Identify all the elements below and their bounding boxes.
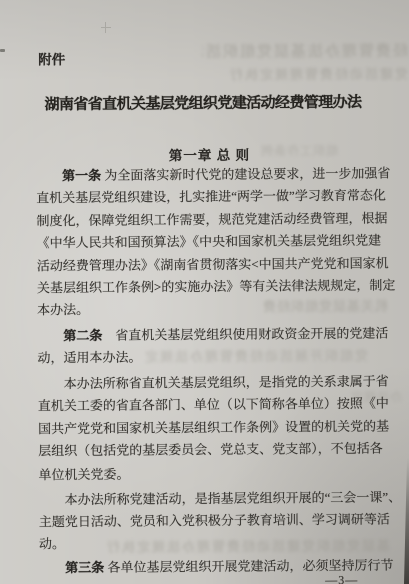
document-line: 活动经费管理办法》《湖南省贯彻落实<中国共产党党和国家机 xyxy=(37,256,382,274)
document-line: 层组织（包括党的基层委员会、党总支、党支部），不包括各 xyxy=(38,441,383,459)
document-line: 动，适用本办法。 xyxy=(37,348,382,366)
document-line: 《中华人民共和国预算法》《中央和国家机关基层党组织党建 xyxy=(37,233,382,251)
document-title: 湖南省省直机关基层党组织党建活动经费管理办法 xyxy=(0,90,408,114)
document-line: 本办法所称省直机关基层党组织，是指党的关系隶属于省 xyxy=(64,374,383,392)
scanned-document-page: 经费管理办法基层党组织活动 党建活动经费管理规定执行 组织工作条例 机关基层党组… xyxy=(0,0,409,584)
document-line: 直机关基层党组织建设，扎实推进“两学一做”学习教育常态化 xyxy=(36,188,381,206)
document-line: 制度化，保障党组织工作需要，规范党建活动经费管理，根据 xyxy=(36,211,381,229)
document-line: 单位机关党委。 xyxy=(38,465,383,483)
document-line: 本办法所称党建活动，是指基层党组织开展的“三会一课”、 xyxy=(65,490,384,508)
chapter-heading: 第一章 总 则 xyxy=(5,142,409,165)
document-line: 主题党日活动、党员和入党积极分子教育培训、学习调研等活 xyxy=(39,512,384,530)
attachment-label: 附件 xyxy=(38,48,65,68)
document-line: 本办法。 xyxy=(37,300,382,318)
document-line: 动。 xyxy=(39,534,384,552)
document-line: 国共产党党和国家机关基层组织工作条例》设置的机关党的基 xyxy=(38,419,383,437)
document-line: 直机关工委的省直各部门、单位（以下简称各单位）按照《中 xyxy=(38,396,383,414)
document-line: 关基层组织工作条例>的实施办法》等有关法律法规规定，制定 xyxy=(37,278,382,296)
page-number: —3— xyxy=(325,573,358,584)
document-content: 附件 湖南省省直机关基层党组织党建活动经费管理办法 第一章 总 则 第一条 为全… xyxy=(0,0,409,584)
document-line: 第一条 为全面落实新时代党的建设总要求，进一步加强省 xyxy=(62,166,381,184)
document-line: 第二条 省直机关基层党组织使用财政资金开展的党建活 xyxy=(63,326,382,344)
